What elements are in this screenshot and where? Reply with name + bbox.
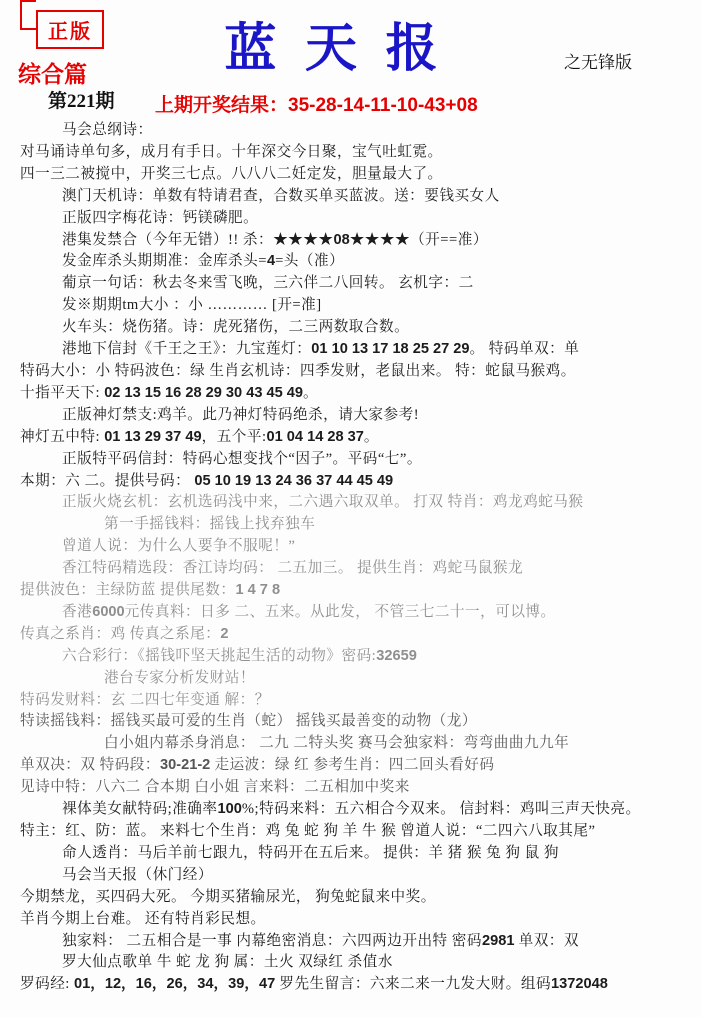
issue-number: 第221期 [48,86,115,113]
text-line-23: 香港6000元传真料：日多 二、五来。从此发， 不管三七二十一，可以博。 [20,602,698,624]
text-line-3: 四一三二被搅中，开奖三七点。八八八二妊定发，胆量最大了。 [20,164,698,186]
section-title: 综合篇 [18,56,87,89]
text-line-25: 六合彩行：《摇钱吓坚天挑起生活的动物》密码:32659 [20,646,698,668]
text-line-35: 马会当天报（休门经） [20,865,698,887]
text-line-19: 第一手摇钱料：摇钱上找弃独车 [20,514,698,536]
text-line-8: 葡京一句话：秋去冬来雪飞晚，三六伴二八回转。 玄机字：二 [20,273,698,295]
text-line-16: 正版特平码信封：特码心想变找个“因子”。平码“七”。 [20,449,698,471]
text-line-33: 特主：红、防：蓝。 来料七个生肖：鸡 兔 蛇 狗 羊 牛 猴 曾道人说：“二四六… [20,821,698,843]
body-text: 马会总纲诗：对马诵诗单句多，成月有手日。十年深交今日聚，宝气吐虹霓。四一三二被搅… [20,120,698,996]
text-line-13: 十指平天下: 02 13 15 16 28 29 30 43 45 49。 [20,383,698,405]
text-line-37: 羊肖今期上台难。 还有特肖彩民想。 [20,909,698,931]
text-line-20: 曾道人说：为什么人要争不服呢！” [20,536,698,558]
text-line-40: 罗码经: 01，12，16，26，34，39，47 罗先生留言：六来二来一九发大… [20,974,698,996]
text-line-34: 命人透肖：马后羊前七跟九，特码开在五后来。 提供：羊 猪 猴 兔 狗 鼠 狗 [20,843,698,865]
text-line-17: 本期：六 二。提供号码： 05 10 19 13 24 36 37 44 45 … [20,471,698,493]
text-line-10: 火车头：烧伤猪。诗：虎死猪伤，二三两数取合数。 [20,317,698,339]
text-line-15: 神灯五中特: 01 13 29 37 49，五个平:01 04 14 28 37… [20,427,698,449]
text-line-11: 港地下信封《千王之王》：九宝莲灯：01 10 13 17 18 25 27 29… [20,339,698,361]
text-line-27: 特码发财料：玄 二四七年变通 解：？ [20,690,698,712]
text-line-7: 发金库杀头期期准：金库杀头=4=头（准） [20,251,698,273]
text-line-32: 裸体美女献特码;准确率100%;特码来料：五六相合今双来。 信封料：鸡叫三声天快… [20,799,698,821]
text-line-26: 港台专家分析发财站！ [20,668,698,690]
text-line-21: 香江特码精选段：香江诗均码： 二五加三。 提供生肖：鸡蛇马鼠猴龙 [20,558,698,580]
text-line-12: 特码大小：小 特码波色：绿 生肖玄机诗：四季发财，老鼠出来。 特：蛇鼠马猴鸡。 [20,361,698,383]
text-line-6: 港集发禁合（今年无错）!! 杀：★★★★08★★★★（开==准） [20,230,698,252]
text-line-18: 正版火烧玄机：玄机选码浅中来，二六遇六取双单。 打双 特肖：鸡龙鸡蛇马猴 [20,492,698,514]
text-line-30: 单双决：双 特码段：30-21-2 走运波：绿 红 参考生肖：四二回头看好码 [20,755,698,777]
text-line-9: 发※期期tm大小 ：小 ………… [开=准] [20,295,698,317]
text-line-14: 正版神灯禁支:鸡羊。此乃神灯特码绝杀，请大家参考! [20,405,698,427]
text-line-24: 传真之系肖：鸡 传真之系尾：2 [20,624,698,646]
last-draw-result: 上期开奖结果：35-28-14-11-10-43+08 [155,90,478,117]
last-draw-numbers: 35-28-14-11-10-43+08 [288,95,478,116]
text-line-2: 对马诵诗单句多，成月有手日。十年深交今日聚，宝气吐虹霓。 [20,142,698,164]
text-line-4: 澳门天机诗：单数有特请君查，合数买单买蓝波。送：要钱买女人 [20,186,698,208]
text-line-39: 罗大仙点歌单 牛 蛇 龙 狗 属：土火 双绿红 杀值水 [20,952,698,974]
newspaper-page: 正版 蓝天报 之无锋版 综合篇 第221期 上期开奖结果：35-28-14-11… [0,0,702,1017]
text-line-1: 马会总纲诗： [20,120,698,142]
text-line-22: 提供波色：主绿防蓝 提供尾数：1 4 7 8 [20,580,698,602]
page-title: 蓝天报 [0,6,662,81]
text-line-28: 特读摇钱料：摇钱买最可爱的生肖（蛇） 摇钱买最善变的动物（龙） [20,711,698,733]
text-line-29: 白小姐内幕杀身消息： 二九 二特头奖 赛马会独家料：弯弯曲曲九九年 [20,733,698,755]
edition-label: 之无锋版 [564,48,632,73]
text-line-31: 见诗中特：八六二 合本期 白小姐 言来料：二五相加中奖来 [20,777,698,799]
text-line-38: 独家料： 二五相合是一事 内幕绝密消息：六四两边开出特 密码2981 单双：双 [20,931,698,953]
text-line-5: 正版四字梅花诗：钙镁磷肥。 [20,208,698,230]
text-line-36: 今期禁龙，买四码大死。 今期买猪输尿光， 狗兔蛇鼠来中奖。 [20,887,698,909]
last-draw-label: 上期开奖结果： [155,95,288,116]
